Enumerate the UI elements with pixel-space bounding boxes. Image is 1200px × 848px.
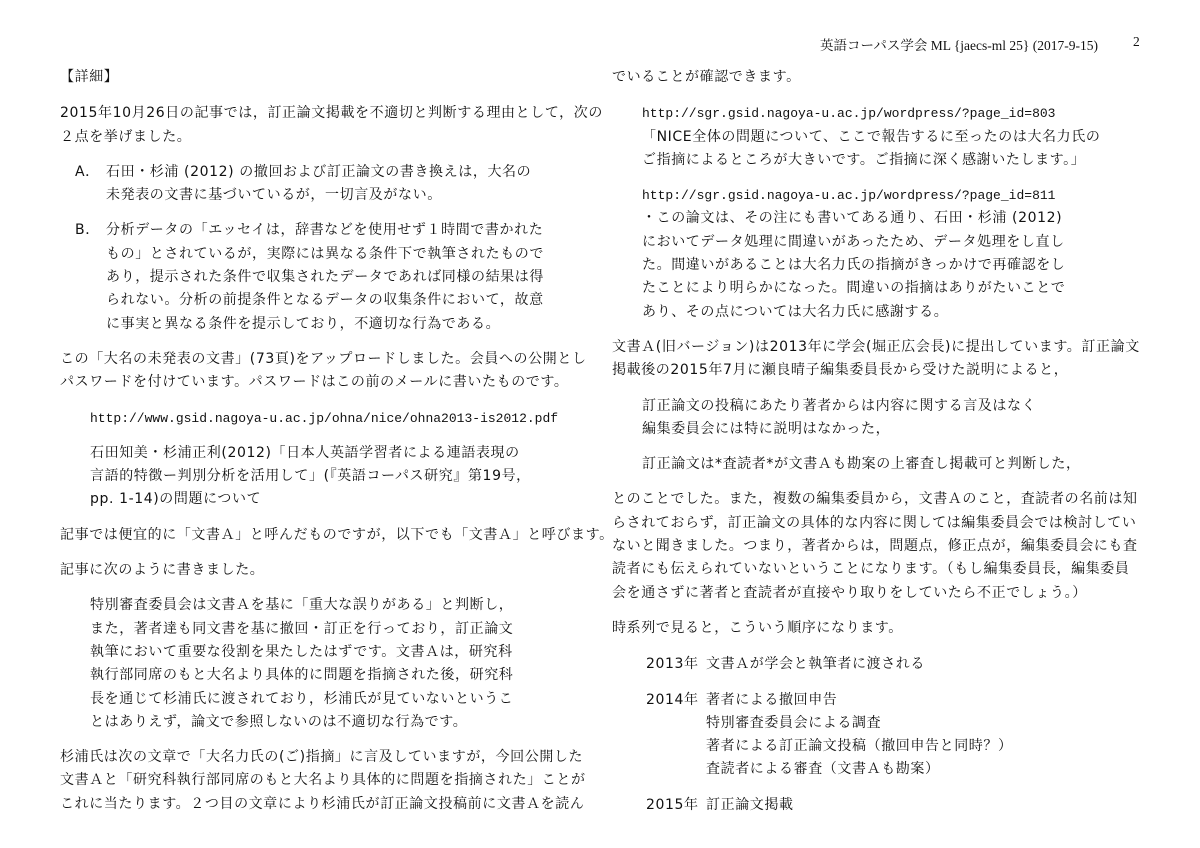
explanation-block-1: 訂正論文の投稿にあたり著者からは内容に関する言及はなく 編集委員会には特に説明は… (612, 395, 1172, 442)
text-line: 文書Ａと「研究科執行部同席のもと大名より具体的に問題を指摘された」ことが (60, 769, 600, 792)
quote-link-803[interactable]: http://sgr.gsid.nagoya-u.ac.jp/wordpress… (642, 102, 1172, 125)
pdf-link-block: http://www.gsid.nagoya-u.ac.jp/ohna/nice… (60, 407, 600, 430)
timeline-event: 特別審査委員会による調査 (706, 712, 1172, 735)
timeline-event: 査読者による審査（文書Ａも勘案） (706, 758, 1172, 781)
text-line: らされておらず，訂正論文の具体的な内容に関しては編集委員会では検討してい (612, 512, 1172, 535)
text-line: とはありえず，論文で参照しないのは不適切な行為です。 (90, 711, 600, 734)
text-line: 2015年10月26日の記事では，訂正論文掲載を不適切と判断する理由として，次の (60, 102, 600, 125)
sugiura-paragraph: 杉浦氏は次の文章で「大名力氏の(ご)指摘」に言及していますが，今回公開した 文書… (60, 746, 600, 816)
text-line: あり，提示された条件で収集されたデータであれば同様の結果は得 (106, 266, 600, 289)
reason-item-b: B． 分析データの「エッセイは，辞書などを使用せず１時間で書かれた もの」とされ… (60, 219, 600, 335)
text-line: 石田・杉浦 (2012) の撤回および訂正論文の書き換えは，大名の (106, 161, 600, 184)
text-line: られない。分析の前提条件となるデータの収集条件において，故意 (106, 289, 600, 312)
article-quote: 特別審査委員会は文書Ａを基に「重大な誤りがある」と判断し， また，著者達も同文書… (60, 594, 600, 734)
quote-block-811: http://sgr.gsid.nagoya-u.ac.jp/wordpress… (612, 184, 1172, 324)
text-line: ２点を挙げました。 (60, 126, 600, 149)
text-line: 石田知美・杉浦正利(2012)「日本人英語学習者による連語表現の (90, 442, 600, 465)
timeline-entry-2015: 2015年 訂正論文掲載 (612, 794, 1172, 817)
page-number: 2 (1133, 34, 1140, 50)
text-line: 編集委員会には特に説明はなかった， (642, 418, 1172, 441)
timeline-event: 訂正論文掲載 (706, 794, 1172, 817)
text-line: 未発表の文書に基づいているが，一切言及がない。 (106, 184, 600, 207)
text-line: 特別審査委員会は文書Ａを基に「重大な誤りがある」と判断し， (90, 594, 600, 617)
quote-block-803: http://sgr.gsid.nagoya-u.ac.jp/wordpress… (612, 102, 1172, 172)
text-line: あり、その点については大名力氏に感謝する。 (642, 301, 1172, 324)
doc-a-note: 記事では便宜的に「文書Ａ」と呼んだものですが，以下でも「文書Ａ」と呼びます。 (60, 524, 600, 547)
text-line: とのことでした。また，複数の編集委員から，文書Ａのこと，査読者の名前は知 (612, 488, 1172, 511)
reason-item-a: A． 石田・杉浦 (2012) の撤回および訂正論文の書き換えは，大名の 未発表… (60, 161, 600, 208)
item-marker: A． (75, 161, 100, 184)
text-line: pp. 1-14)の問題について (90, 488, 600, 511)
pdf-link[interactable]: http://www.gsid.nagoya-u.ac.jp/ohna/nice… (90, 407, 600, 430)
text-line: 杉浦氏は次の文章で「大名力氏の(ご)指摘」に言及していますが，今回公開した (60, 746, 600, 769)
timeline-entry-2013: 2013年 文書Ａが学会と執筆者に渡される (612, 653, 1172, 676)
intro-paragraph: 2015年10月26日の記事では，訂正論文掲載を不適切と判断する理由として，次の… (60, 102, 600, 149)
text-line: 執筆において重要な役割を果たしたはずです。文書Ａは，研究科 (90, 641, 600, 664)
text-line: 訂正論文の投稿にあたり著者からは内容に関する言及はなく (642, 395, 1172, 418)
conclusion-paragraph: とのことでした。また，複数の編集委員から，文書Ａのこと，査読者の名前は知 らされ… (612, 488, 1172, 604)
text-line: 訂正論文は*査読者*が文書Ａも勘案の上審査し掲載可と判断した， (642, 453, 1172, 476)
text-line: ・この論文は、その注にも書いてある通り、石田・杉浦 (2012) (642, 207, 1172, 230)
text-line: 会を通さずに著者と査読者が直接やり取りをしていたら不正でしょう。） (612, 582, 1172, 605)
text-line: たことにより明らかになった。間違いの指摘はありがたいことで (642, 277, 1172, 300)
timeline-entry-2014: 2014年 著者による撤回申告 特別審査委員会による調査 著者による訂正論文投稿… (612, 689, 1172, 782)
timeline-event: 著者による訂正論文投稿（撤回申告と同時？） (706, 735, 1172, 758)
explanation-block-2: 訂正論文は*査読者*が文書Ａも勘案の上審査し掲載可と判断した， (612, 453, 1172, 476)
quote-link-811[interactable]: http://sgr.gsid.nagoya-u.ac.jp/wordpress… (642, 184, 1172, 207)
text-line: パスワードを付けています。パスワードはこの前のメールに書いたものです。 (60, 371, 600, 394)
timeline-event: 文書Ａが学会と執筆者に渡される (706, 653, 1172, 676)
text-line: 言語的特徴ー判別分析を活用して」(『英語コーパス研究』第19号， (90, 465, 600, 488)
text-line: この「大名の未発表の文書」(73頁)をアップロードしました。会員への公開とし (60, 348, 600, 371)
continuation-text: でいることが確認できます。 (612, 66, 1172, 89)
citation-block: 石田知美・杉浦正利(2012)「日本人英語学習者による連語表現の 言語的特徴ー判… (60, 442, 600, 512)
text-line: 「NICE全体の問題について、ここで報告するに至ったのは大名力氏の (642, 126, 1172, 149)
text-line: においてデータ処理に間違いがあったため、データ処理をし直し (642, 231, 1172, 254)
text-line: もの」とされているが，実際には異なる条件下で執筆されたもので (106, 243, 600, 266)
item-marker: B． (75, 219, 100, 242)
article-intro: 記事に次のように書きました。 (60, 559, 600, 582)
text-line: ないと聞きました。つまり，著者からは，問題点，修正点が，編集委員会にも査 (612, 535, 1172, 558)
page-header: 英語コーパス学会 ML {jaecs-ml 25} (2017-9-15) 2 (820, 34, 1150, 54)
text-line: 分析データの「エッセイは，辞書などを使用せず１時間で書かれた (106, 219, 600, 242)
timeline-year: 2013年 (646, 653, 699, 676)
text-line: また，著者達も同文書を基に撤回・訂正を行っており，訂正論文 (90, 618, 600, 641)
timeline-year: 2014年 (646, 689, 699, 712)
text-line: 長を通じて杉浦氏に渡されており，杉浦氏が見ていないというこ (90, 688, 600, 711)
text-line: 掲載後の2015年7月に瀬良晴子編集委員長から受けた説明によると， (612, 359, 1172, 382)
text-line: ご指摘によるところが大きいです。ご指摘に深く感謝いたします。」 (642, 149, 1172, 172)
upload-paragraph: この「大名の未発表の文書」(73頁)をアップロードしました。会員への公開とし パ… (60, 348, 600, 395)
text-line: 文書Ａ(旧バージョン)は2013年に学会(堀正広会長)に提出しています。訂正論文 (612, 336, 1172, 359)
header-title: 英語コーパス学会 ML {jaecs-ml 25} (2017-9-15) (820, 38, 1098, 53)
right-column: でいることが確認できます。 http://sgr.gsid.nagoya-u.a… (612, 66, 1172, 829)
text-line: 読者にも伝えられていないということになります。（もし編集委員長，編集委員 (612, 558, 1172, 581)
doc-a-old-paragraph: 文書Ａ(旧バージョン)は2013年に学会(堀正広会長)に提出しています。訂正論文… (612, 336, 1172, 383)
text-line: に事実と異なる条件を提示しており，不適切な行為である。 (106, 313, 600, 336)
timeline-intro: 時系列で見ると，こういう順序になります。 (612, 617, 1172, 640)
section-heading: 【詳細】 (60, 66, 600, 89)
timeline-year: 2015年 (646, 794, 699, 817)
text-line: 執行部同席のもと大名より具体的に問題を指摘された後，研究科 (90, 664, 600, 687)
text-line: これに当たります。２つ目の文章により杉浦氏が訂正論文投稿前に文書Ａを読ん (60, 793, 600, 816)
timeline-event: 著者による撤回申告 (706, 689, 1172, 712)
text-line: た。間違いがあることは大名力氏の指摘がきっかけで再確認をし (642, 254, 1172, 277)
left-column: 【詳細】 2015年10月26日の記事では，訂正論文掲載を不適切と判断する理由と… (60, 66, 600, 828)
